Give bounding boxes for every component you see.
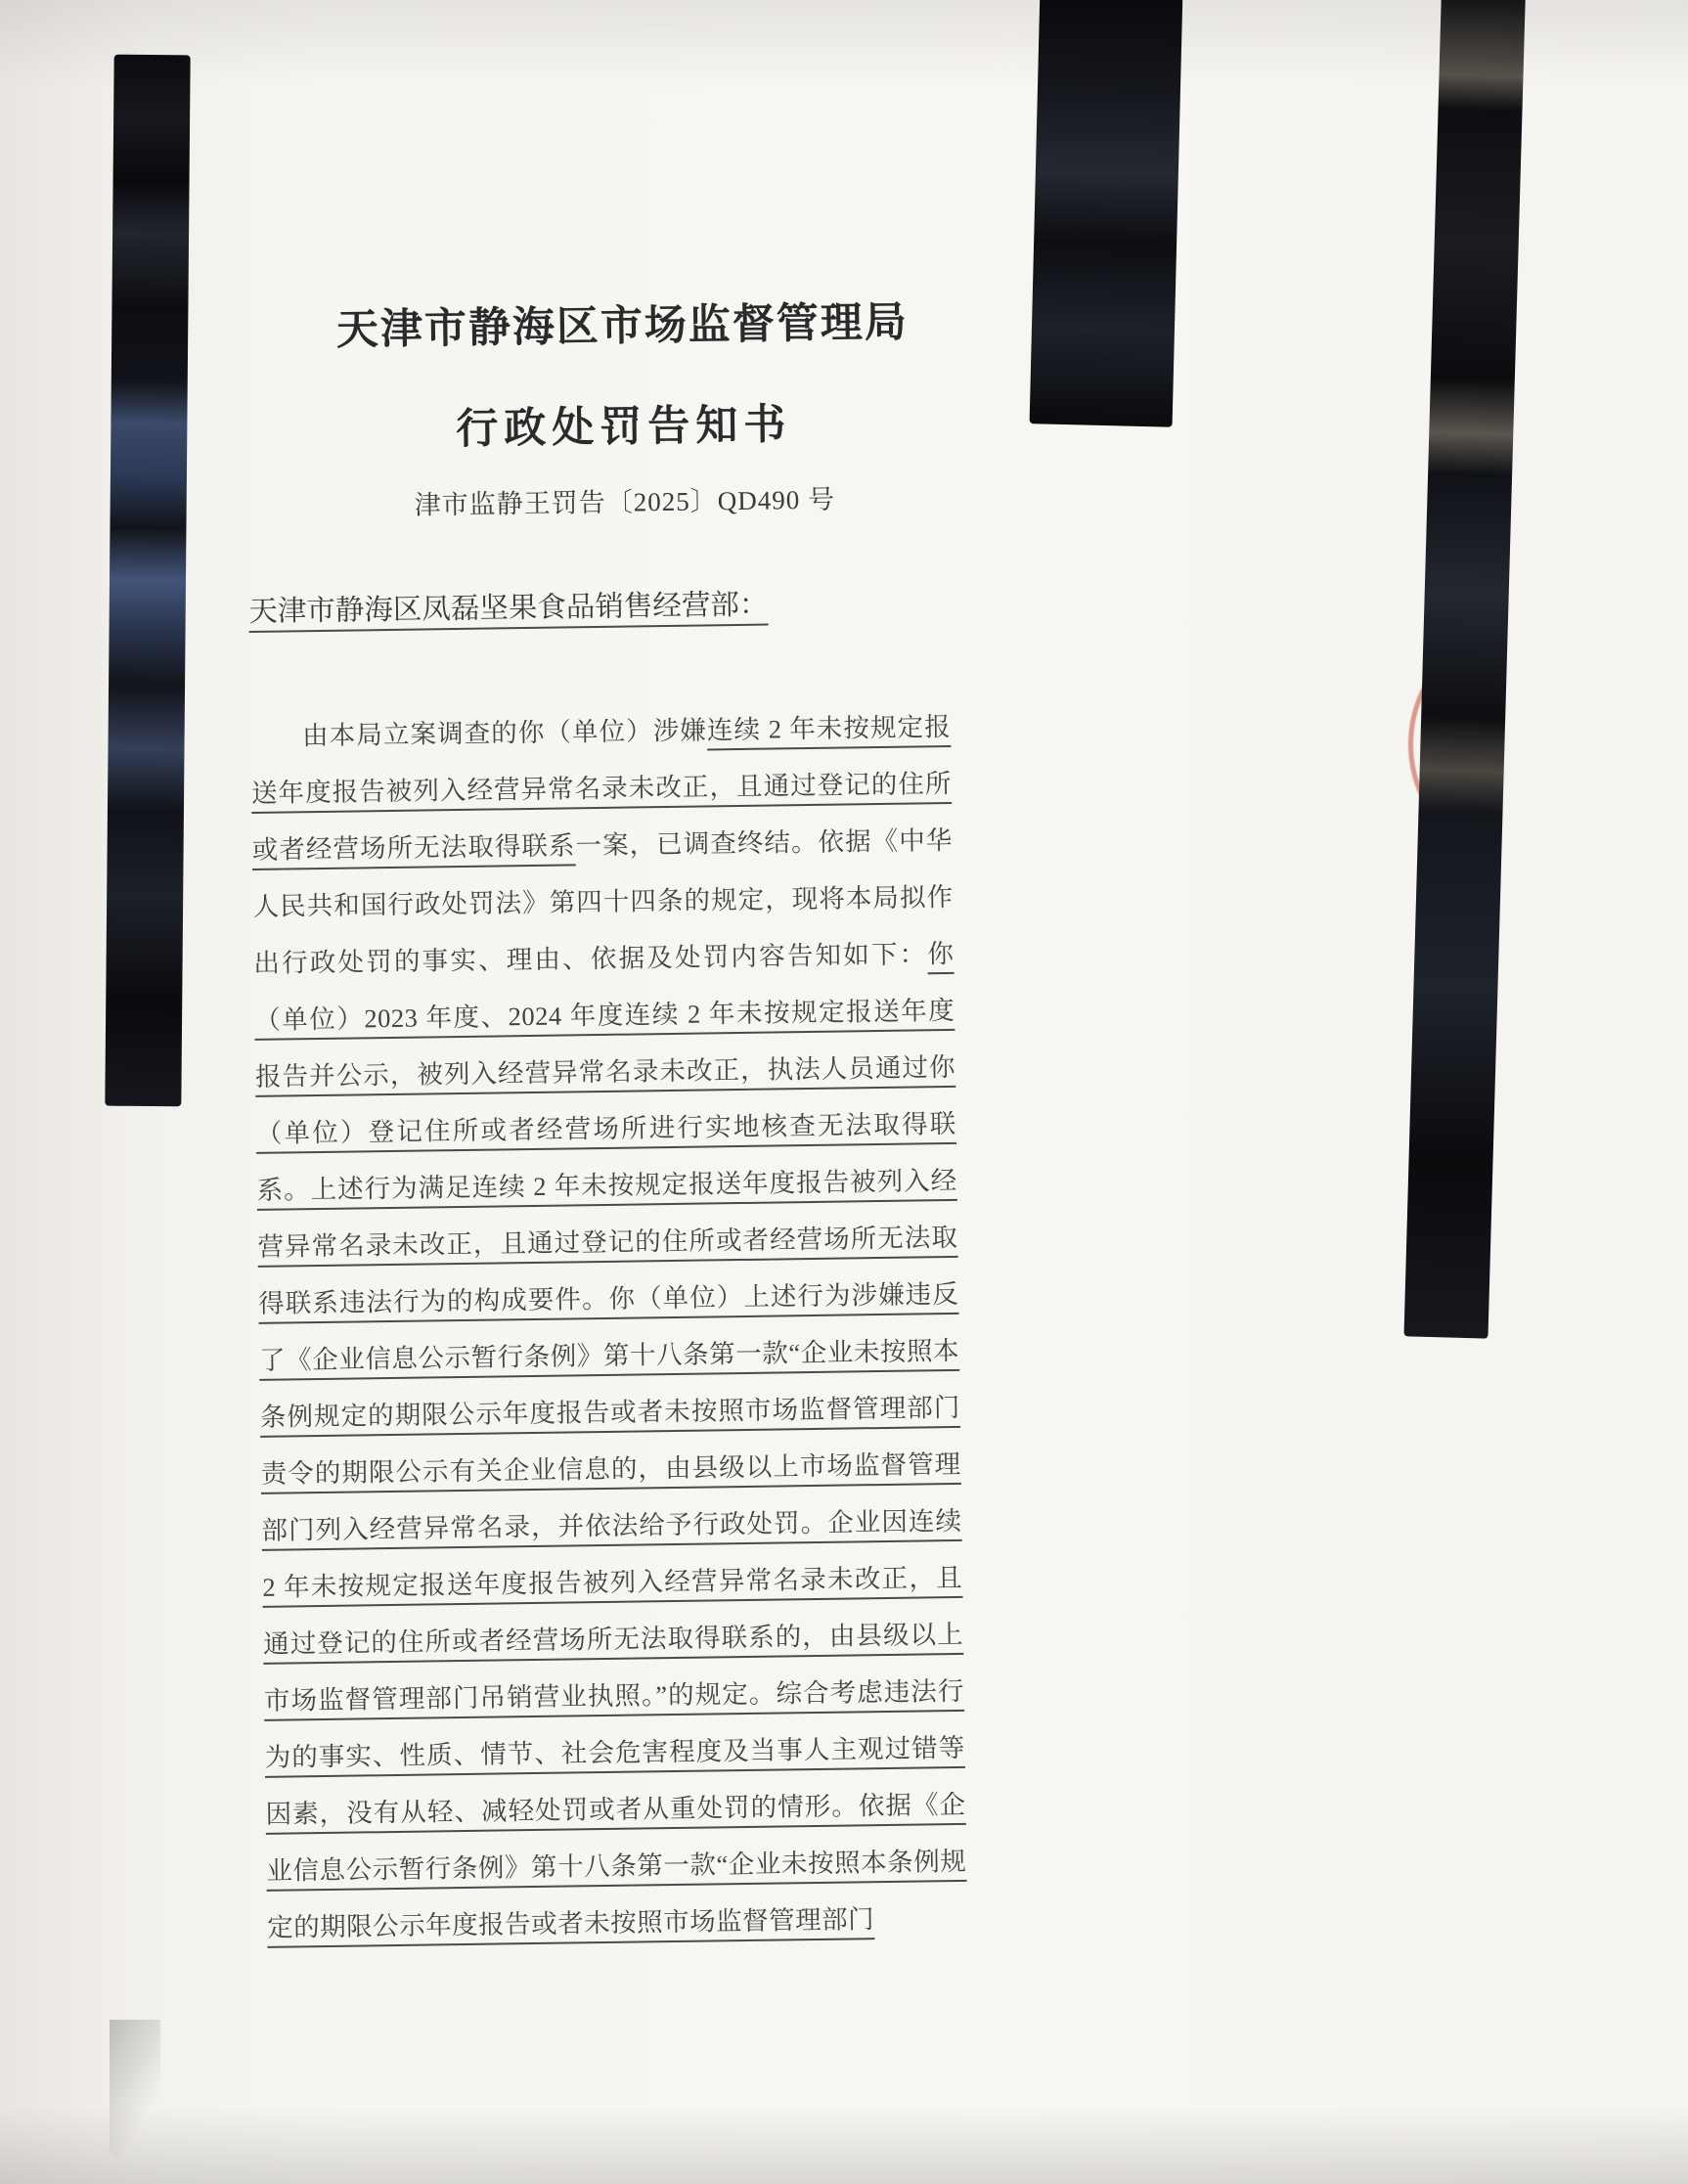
document-number: 津市监静王罚告〔2025〕QD490 号: [302, 485, 948, 520]
addressee-line: 天津市静海区凤磊坚果食品销售经营部：: [248, 588, 781, 630]
document-page: 天津市静海区市场监督管理局 行政处罚告知书 津市监静王罚告〔2025〕QD490…: [0, 0, 1688, 2184]
paper-bottom-shadow: [0, 2106, 1688, 2184]
body-paragraph: 由本局立案调查的你（单位）涉嫌连续 2 年未按规定报送年度报告被列入经营异常名录…: [250, 698, 968, 1956]
filmstrip-left: [105, 55, 190, 1107]
document-title-line2: 行政处罚告知书: [301, 402, 948, 453]
document-content: 天津市静海区市场监督管理局 行政处罚告知书 津市监静王罚告〔2025〕QD490…: [244, 293, 968, 1956]
filmstrip-right: [1403, 0, 1525, 1339]
body-segment-4-underlined: 你（单位）2023 年度、2024 年度连续 2 年未按规定报送年度报告并公示，…: [254, 939, 966, 1942]
document-title-line1: 天津市静海区市场监督管理局: [299, 301, 946, 352]
paper-top-shadow: [0, 0, 1688, 88]
filmstrip-top-right: [1030, 0, 1183, 427]
body-segment-1: 由本局立案调查的你（单位）涉嫌: [302, 716, 707, 751]
